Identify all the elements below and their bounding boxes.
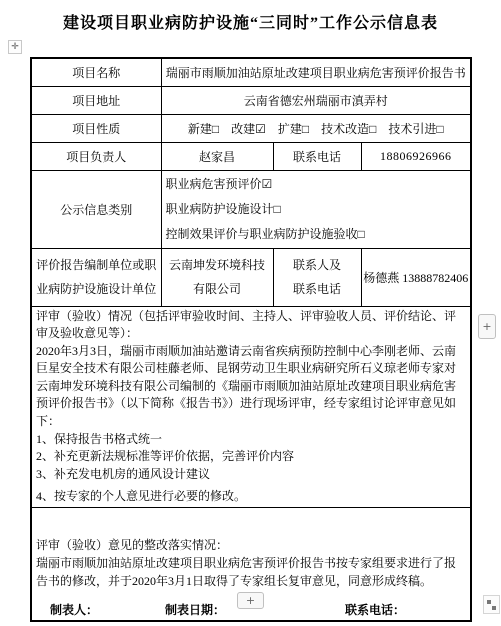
move-cross-icon: ✛ <box>11 42 19 52</box>
compiler-contact-label: 联系人及 联系电话 <box>273 248 361 306</box>
row-compiler-unit: 评价报告编制单位或职业病防护设施设计单位 云南坤发环境科技有限公司 联系人及 联… <box>31 248 471 306</box>
contact-label-line1: 联系人及 <box>278 253 357 277</box>
rectification-heading: 评审（验收）意见的整改落实情况： <box>36 537 466 555</box>
project-leader-label: 项目负责人 <box>31 142 161 170</box>
review-status-cell: 评审（验收）情况（包括评审验收时间、主持人、评审验收人员、评价结论、评审及验收意… <box>31 306 471 508</box>
category-option-facility-design[interactable]: 职业病防护设施设计□ <box>166 197 467 222</box>
plus-icon: + <box>482 320 491 333</box>
date-label: 制表日期： <box>165 601 225 618</box>
contact-label-line2: 联系电话 <box>278 277 357 301</box>
publicity-info-table: 项目名称 瑞丽市雨顺加油站原址改建项目职业病危害预评价报告书 项目地址 云南省德… <box>30 57 472 622</box>
row-review-status: 评审（验收）情况（包括评审验收时间、主持人、评审验收人员、评价结论、评审及验收意… <box>31 306 471 508</box>
project-nature-label: 项目性质 <box>31 114 161 142</box>
table-resize-handle[interactable] <box>483 595 500 614</box>
leader-phone-label: 联系电话 <box>273 142 361 170</box>
compiler-contact-value: 杨德燕 13888782406 <box>361 248 471 306</box>
resize-grip-icon <box>492 606 496 610</box>
row-info-category: 公示信息类别 职业病危害预评价☑ 职业病防护设施设计□ 控制效果评价与职业病防护… <box>31 170 471 248</box>
review-status-paragraph: 2020年3月3日，瑞丽市雨顺加油站邀请云南省疾病预防控制中心李刚老师、云南巨星… <box>36 343 466 431</box>
maker-label: 制表人： <box>50 601 98 618</box>
rectification-paragraph: 瑞丽市雨顺加油站原址改建项目职业病危害预评价报告书按专家组要求进行了报告书的修改… <box>36 555 466 590</box>
review-item-4: 4、按专家的个人意见进行必要的修改。 <box>36 488 466 506</box>
category-option-control-acceptance[interactable]: 控制效果评价与职业病防护设施验收□ <box>166 222 467 247</box>
page-title: 建设项目职业病防护设施“三同时”工作公示信息表 <box>0 10 501 33</box>
table-move-handle[interactable]: ✛ <box>8 40 22 54</box>
project-nature-checkboxes[interactable]: 新建□ 改建☑ 扩建□ 技术改造□ 技术引进□ <box>161 114 471 142</box>
review-item-2: 2、补充更新法规标准等评价依据，完善评价内容 <box>36 448 466 466</box>
compiler-unit-label: 评价报告编制单位或职业病防护设施设计单位 <box>31 248 161 306</box>
project-address-label: 项目地址 <box>31 86 161 114</box>
row-project-leader: 项目负责人 赵家昌 联系电话 18806926966 <box>31 142 471 170</box>
project-name-value: 瑞丽市雨顺加油站原址改建项目职业病危害预评价报告书 <box>161 58 471 86</box>
insert-row-button-bottom[interactable]: + <box>237 592 264 609</box>
info-category-label: 公示信息类别 <box>31 170 161 248</box>
insert-row-button-right[interactable]: + <box>478 314 496 339</box>
row-project-nature: 项目性质 新建□ 改建☑ 扩建□ 技术改造□ 技术引进□ <box>31 114 471 142</box>
info-category-options: 职业病危害预评价☑ 职业病防护设施设计□ 控制效果评价与职业病防护设施验收□ <box>161 170 471 248</box>
review-status-heading: 评审（验收）情况（包括评审验收时间、主持人、评审验收人员、评价结论、评审及验收意… <box>36 309 456 341</box>
project-leader-name: 赵家昌 <box>161 142 273 170</box>
category-option-pre-evaluation[interactable]: 职业病危害预评价☑ <box>166 172 467 197</box>
footer-phone-label: 联系电话： <box>345 601 405 618</box>
row-project-name: 项目名称 瑞丽市雨顺加油站原址改建项目职业病危害预评价报告书 <box>31 58 471 86</box>
compiler-unit-company: 云南坤发环境科技有限公司 <box>161 248 273 306</box>
review-item-3: 3、补充发电机房的通风设计建议 <box>36 466 466 484</box>
plus-icon: + <box>246 594 255 607</box>
project-name-label: 项目名称 <box>31 58 161 86</box>
leader-phone-value: 18806926966 <box>361 142 471 170</box>
document-page: 建设项目职业病防护设施“三同时”工作公示信息表 ✛ 项目名称 瑞丽市雨顺加油站原… <box>0 0 501 626</box>
row-project-address: 项目地址 云南省德宏州瑞丽市滇弄村 <box>31 86 471 114</box>
project-address-value: 云南省德宏州瑞丽市滇弄村 <box>161 86 471 114</box>
review-item-1: 1、保持报告书格式统一 <box>36 431 466 449</box>
resize-grip-icon <box>487 600 491 604</box>
